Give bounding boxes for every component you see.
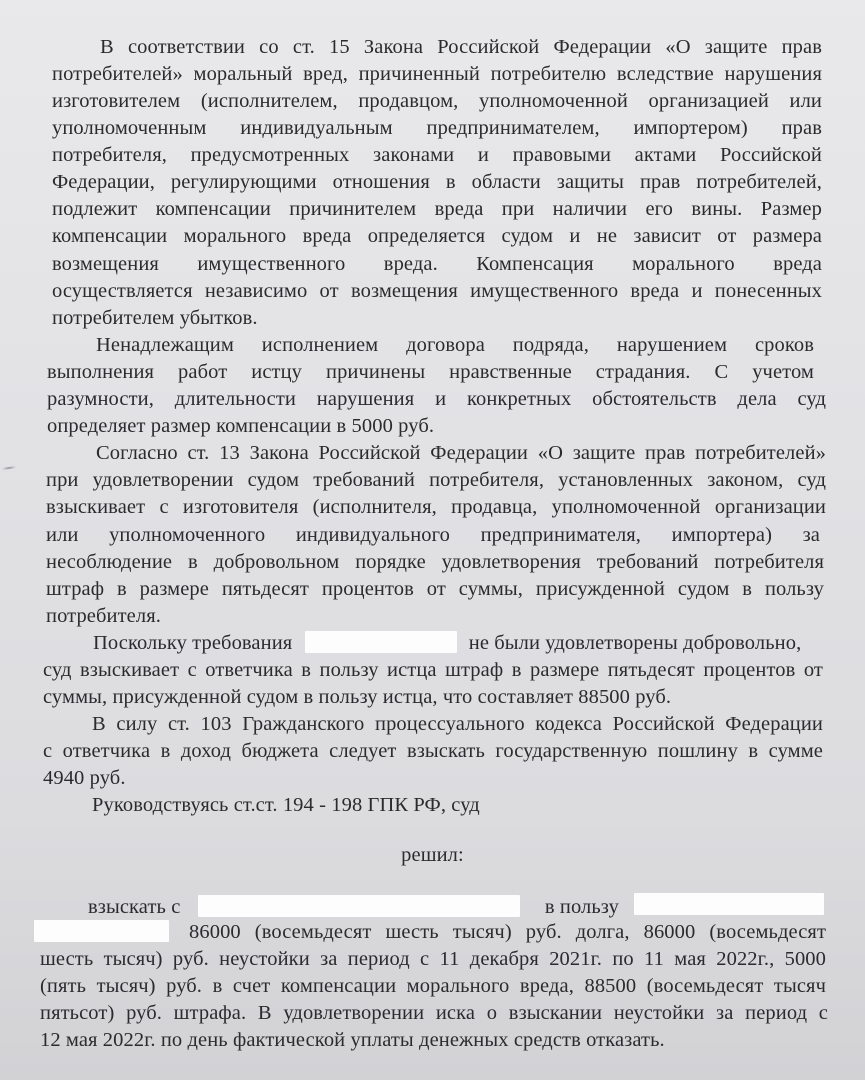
text-line: определяет размер компенсации в 5000 руб… — [47, 414, 826, 438]
redaction-box — [634, 893, 824, 915]
text-line: с ответчика в доход бюджета следует взыс… — [43, 739, 823, 763]
document-page: В соответствии со ст. 15 Закона Российск… — [0, 0, 865, 1080]
text-line: компенсации морального вреда определяетс… — [52, 224, 822, 248]
text-line: 4940 руб. — [43, 766, 823, 790]
text-fragment: не были удовлетворены добровольно, — [469, 632, 802, 654]
text-fragment: 86000 (восемьдесят шесть тысяч) руб. дол… — [189, 921, 826, 943]
text-line: осуществляется независимо от возмещения … — [52, 279, 822, 303]
text-line: пятьсот) руб. штрафа. В удовлетворении и… — [40, 1001, 828, 1025]
text-line: Поскольку требования не были удовлетворе… — [93, 631, 823, 655]
text-line: потребителем убытков. — [52, 306, 822, 330]
text-line: разумности, длительности нарушения и кон… — [47, 387, 826, 411]
text-fragment: взыскать с — [88, 896, 180, 918]
redaction-box — [34, 920, 169, 942]
text-line: В силу ст. 103 Гражданского процессуальн… — [92, 712, 823, 736]
text-line: потребителя, предусмотренных законами и … — [52, 143, 822, 167]
text-line: взыскивает с изготовителя (исполнителя, … — [46, 495, 826, 519]
text-line: Согласно ст. 13 Закона Российской Федера… — [96, 441, 826, 465]
text-fragment: в пользу — [545, 896, 619, 918]
redaction-box — [198, 895, 520, 917]
text-line: В соответствии со ст. 15 Закона Российск… — [100, 35, 822, 59]
text-line: суммы, присужденной судом в пользу истца… — [43, 685, 823, 709]
text-line: или уполномоченного индивидуального пред… — [46, 523, 820, 547]
text-line: (пять тысяч) руб. в счет компенсации мор… — [40, 974, 826, 998]
text-line: 86000 (восемьдесят шесть тысяч) руб. дол… — [34, 920, 826, 944]
margin-pencil-mark — [2, 466, 16, 470]
text-line: подлежит компенсации причинителем вреда … — [52, 197, 822, 221]
text-fragment: Поскольку требования — [93, 632, 292, 654]
text-line: Ненадлежащим исполнением договора подряд… — [96, 333, 814, 357]
text-line: несоблюдение в добровольном порядке удов… — [46, 550, 824, 574]
text-line: выполнения работ истцу причинены нравств… — [47, 360, 814, 384]
text-line: Руководствуясь ст.ст. 194 - 198 ГПК РФ, … — [92, 793, 823, 817]
text-line: взыскать с в пользу — [88, 893, 828, 919]
text-line: шесть тысяч) руб. неустойки за период с … — [40, 947, 826, 971]
text-line: возмещения имущественного вреда. Компенс… — [52, 252, 822, 276]
text-line: потребителей» моральный вред, причиненны… — [52, 62, 822, 86]
decision-heading: решил: — [0, 843, 865, 867]
text-line: суд взыскивает с ответчика в пользу истц… — [43, 658, 823, 682]
text-line: 12 мая 2022г. по день фактической уплаты… — [40, 1028, 828, 1052]
redaction-box — [305, 631, 457, 653]
text-line: при удовлетворении судом требований потр… — [46, 468, 826, 492]
text-line: изготовителем (исполнителем, продавцом, … — [52, 89, 822, 113]
text-line: уполномоченным индивидуальным предприним… — [52, 116, 822, 140]
text-line: потребителя. — [46, 604, 824, 628]
text-line: штраф в размере пятьдесят процентов от с… — [46, 577, 824, 601]
text-line: Федерации, регулирующими отношения в обл… — [52, 170, 822, 194]
